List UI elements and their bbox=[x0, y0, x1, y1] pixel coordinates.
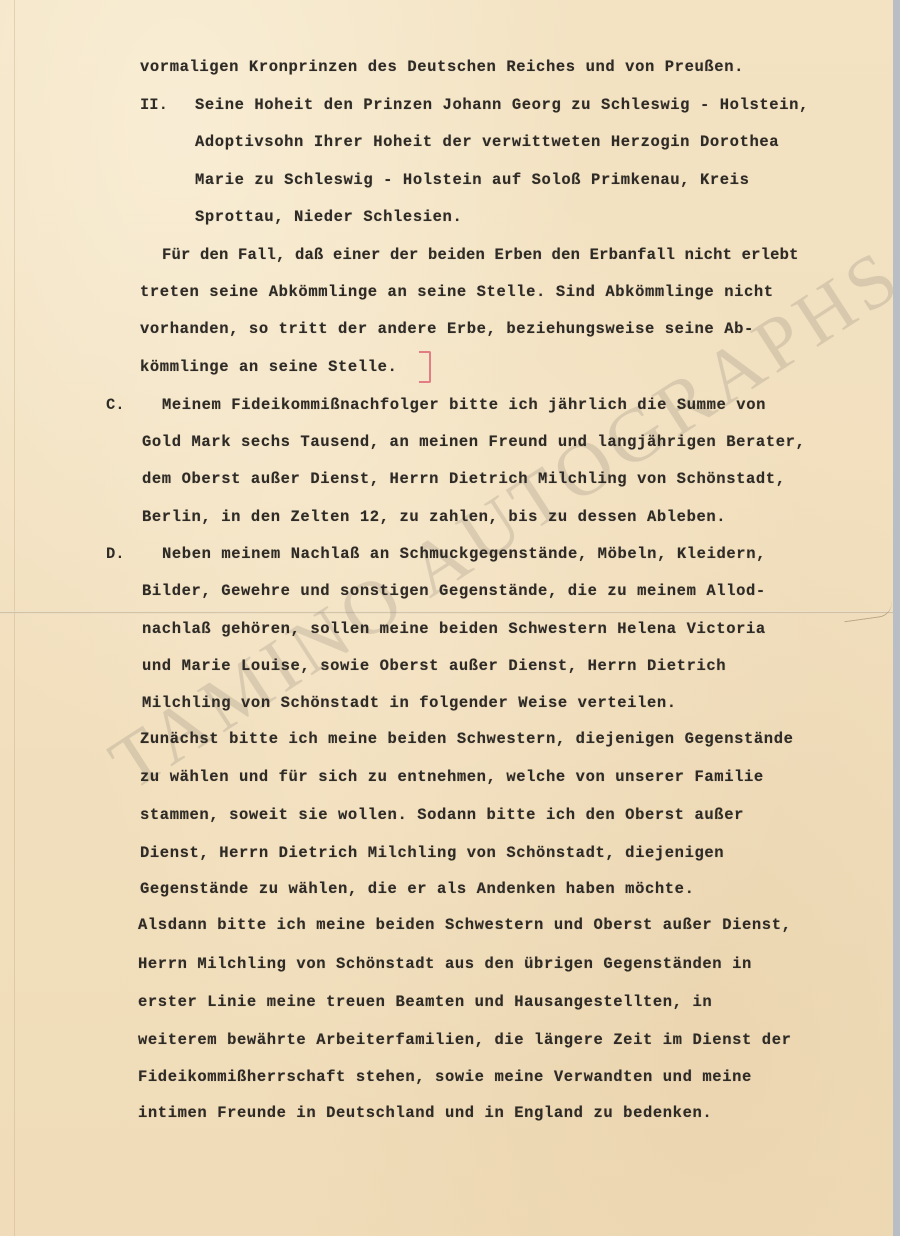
text-line: treten seine Abkömmlinge an seine Stelle… bbox=[140, 283, 774, 301]
text-line: Für den Fall, daß einer der beiden Erben… bbox=[162, 246, 799, 264]
text-line: nachlaß gehören, sollen meine beiden Sch… bbox=[142, 620, 766, 638]
text-line: Berlin, in den Zelten 12, zu zahlen, bis… bbox=[142, 508, 726, 526]
text-line: weiterem bewährte Arbeiterfamilien, die … bbox=[138, 1031, 792, 1049]
text-line: stammen, soweit sie wollen. Sodann bitte… bbox=[140, 806, 744, 824]
text-line: Bilder, Gewehre und sonstigen Gegenständ… bbox=[142, 582, 766, 600]
text-line: Adoptivsohn Ihrer Hoheit der verwittwete… bbox=[195, 133, 779, 151]
text-line: zu wählen und für sich zu entnehmen, wel… bbox=[140, 768, 764, 786]
text-line: Fideikommißherrschaft stehen, sowie mein… bbox=[138, 1068, 752, 1086]
section-marker: II. bbox=[140, 96, 168, 114]
text-line: Dienst, Herrn Dietrich Milchling von Sch… bbox=[140, 844, 724, 862]
text-line: Seine Hoheit den Prinzen Johann Georg zu… bbox=[195, 96, 809, 114]
text-line: Alsdann bitte ich meine beiden Schwester… bbox=[138, 916, 792, 934]
paper-tear bbox=[842, 601, 893, 623]
section-marker: D. bbox=[106, 545, 125, 563]
text-line: vormaligen Kronprinzen des Deutschen Rei… bbox=[140, 58, 744, 76]
text-line: Marie zu Schleswig - Holstein auf Soloß … bbox=[195, 171, 749, 189]
text-line: Gegenstände zu wählen, die er als Andenk… bbox=[140, 880, 694, 898]
text-line: Sprottau, Nieder Schlesien. bbox=[195, 208, 462, 226]
text-line: Zunächst bitte ich meine beiden Schweste… bbox=[140, 730, 794, 748]
text-line: dem Oberst außer Dienst, Herrn Dietrich … bbox=[142, 470, 786, 488]
text-line: Neben meinem Nachlaß an Schmuckgegenstän… bbox=[162, 545, 766, 563]
text-line: kömmlinge an seine Stelle. bbox=[140, 358, 397, 376]
document-page: TAMINO AUTOGRAPHS vormaligen Kronprinzen… bbox=[0, 0, 893, 1236]
text-line: und Marie Louise, sowie Oberst außer Die… bbox=[142, 657, 726, 675]
text-line: intimen Freunde in Deutschland und in En… bbox=[138, 1104, 712, 1122]
text-line: Milchling von Schönstadt in folgender We… bbox=[142, 694, 677, 712]
text-line: Gold Mark sechs Tausend, an meinen Freun… bbox=[142, 433, 805, 451]
text-line: vorhanden, so tritt der andere Erbe, bez… bbox=[140, 320, 754, 338]
text-line: Herrn Milchling von Schönstadt aus den ü… bbox=[138, 955, 752, 973]
section-marker: C. bbox=[106, 396, 125, 414]
red-pencil-bracket bbox=[419, 351, 431, 383]
paper-edge-line bbox=[14, 0, 15, 1236]
text-line: erster Linie meine treuen Beamten und Ha… bbox=[138, 993, 712, 1011]
paper-fold-crease bbox=[0, 611, 893, 614]
text-line: Meinem Fideikommißnachfolger bitte ich j… bbox=[162, 396, 766, 414]
